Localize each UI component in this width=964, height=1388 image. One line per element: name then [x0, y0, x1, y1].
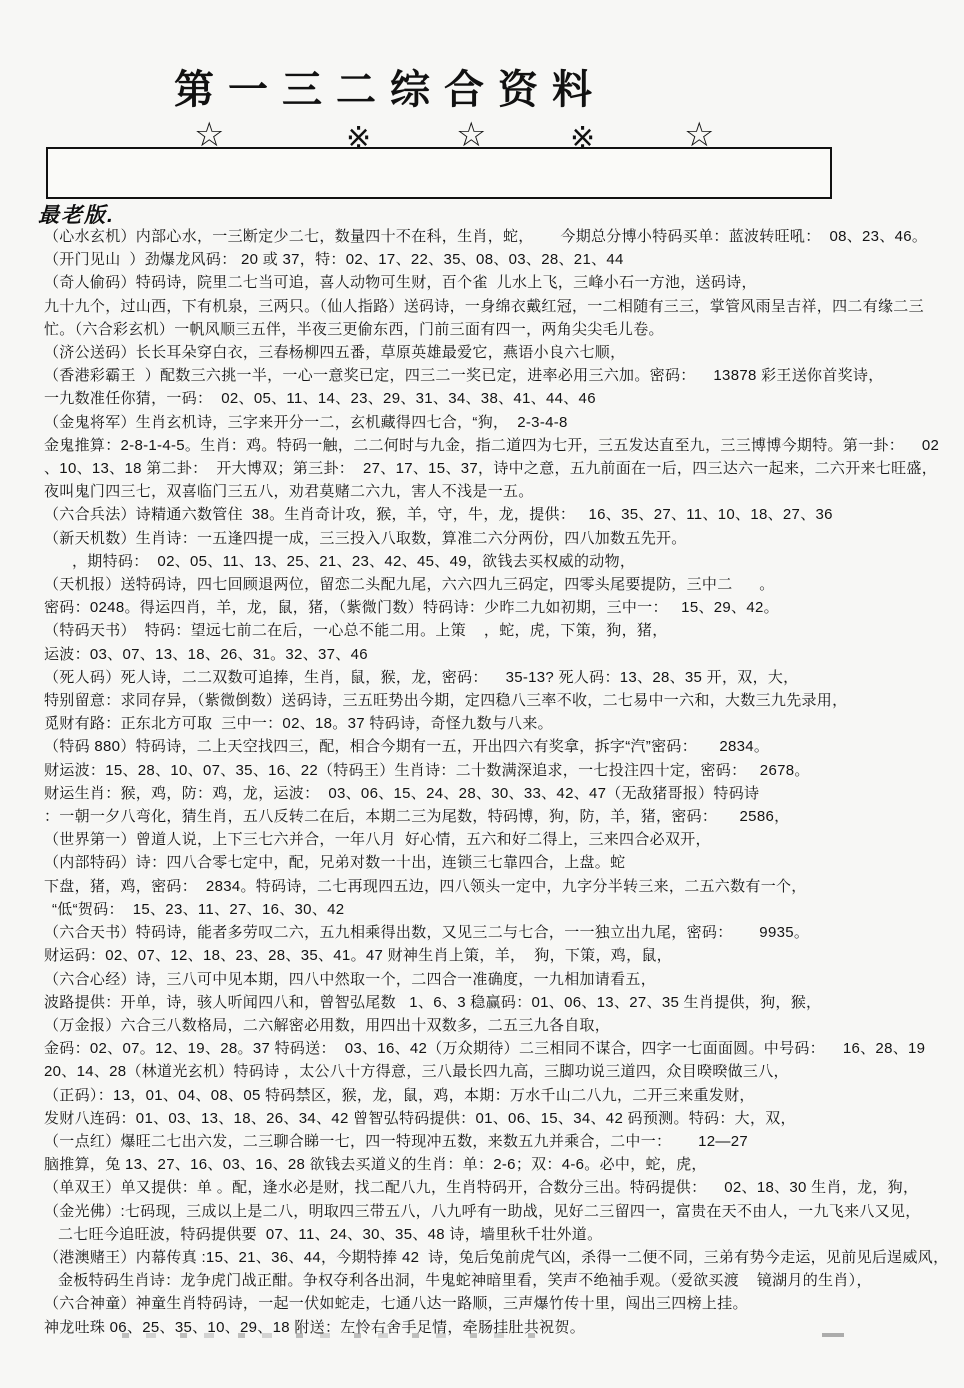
document-page: 第一三二综合资料 ☆ ※ ☆ ※ ☆ 最老版. （心水玄机）内部心水，一三断定少… [0, 0, 964, 1388]
text-line: 忙。（六合彩玄机）一帆风顺三五伴，半夜三更偷东西，门前三面有四一，两角尖尖毛儿卷… [44, 318, 956, 341]
text-line: 20、14、28（林道光玄机）特码诗 ，太公八十方得意，三八最长四九高，三脚功说… [44, 1060, 956, 1083]
text-line: 一九数准任你猜，一码： 02、05、11、14、23、29、31、34、38、4… [44, 387, 956, 410]
text-line: 运波：03、07、13、18、26、31。32、37、46 [44, 643, 956, 666]
text-line: （奇人偷码）特码诗，院里二七当可追，喜人动物可生财，百个雀 儿水上飞，三峰小石一… [44, 271, 956, 294]
text-line: 发财八连码：01、03、13、18、26、34、42 曾智弘特码提供：01、06… [44, 1107, 956, 1130]
text-line: （六合兵法）诗精通六数管住 38。生肖奇计攻，猴，羊，守，牛，龙，提供： 16、… [44, 503, 956, 526]
text-line: 九十九个，过山西，下有机泉，三两只。（仙人指路）送码诗，一身绵衣戴红冠，一二相随… [44, 295, 956, 318]
text-line: 金码：02、07。12、19、28。37 特码送： 03、16、42（万众期待）… [44, 1037, 956, 1060]
text-line: 脑推算，兔 13、27、16、03、16、28 欲钱去买道义的生肖：单：2-6；… [44, 1153, 956, 1176]
text-line: 下盘，猪，鸡，密码： 2834。特码诗，二七再现四五边，四八领头一定中，九字分半… [44, 875, 956, 898]
text-line: （死人码）死人诗，二二双数可追捧，生肖，鼠，猴，龙，密码： 35-13? 死人码… [44, 666, 956, 689]
text-line: 财运生肖：猴，鸡，防：鸡，龙，运波： 03、06、15、24、28、30、33、… [44, 782, 956, 805]
text-line: （六合神童）神童生肖特码诗，一起一伏如蛇走，七通八达一路顺，三声爆竹传十里，闯出… [44, 1292, 956, 1315]
text-line: （世界第一）曾道人说，上下三七六并合，一年八月 好心情，五六和好二得上，三来四合… [44, 828, 956, 851]
text-line: （天机报）送特码诗，四七回顾退两位，留恋二头配九尾，六六四九三码定，四零头尾要提… [44, 573, 956, 596]
text-line: 觅财有路：正东北方可取 三中一：02、18。37 特码诗，奇怪九数与八来。 [44, 712, 956, 735]
text-line: 特别留意：求同存异，（紫微倒数）送码诗，三五旺势出今期，定四稳八三率不收，二七易… [44, 689, 956, 712]
text-line: ，期特码： 02、05、11、13、25、21、23、42、45、49，欲钱去买… [44, 550, 956, 573]
body-text: （心水玄机）内部心水，一三断定少二七，数量四十不在科，生肖，蛇， 今期总分博小特… [44, 225, 956, 1339]
text-line: 金鬼推算：2-8-1-4-5。生肖：鸡。特码一触，二二何时与九金，指二道四为七开… [44, 434, 956, 457]
text-line: （新天机数）生肖诗：一五逢四提一成，三三投入八取数，算准二六分两份，四八加数五先… [44, 527, 956, 550]
text-line: （济公送码）长长耳朵穿白衣，三春杨柳四五番，草原英雄最爱它，燕语小良六七顺， [44, 341, 956, 364]
text-line: 金板特码生肖诗：龙争虎门战正酣。争权夺利各出洞，牛鬼蛇神暗里看，笑声不绝袖手观。… [44, 1269, 956, 1292]
text-line: ：一朝一夕八弯化，猜生肖，五八反转二在后，本期二三为尾数，特码博，狗，防，羊，猪… [44, 805, 956, 828]
text-line: （六合天书）特码诗，能者多劳叹二六，五九相乘得出数，又见三二与七合，一一独立出九… [44, 921, 956, 944]
text-line: （港澳赌王）内幕传真 :15、21、36、44，今期特捧 42 诗，兔后兔前虎气… [44, 1246, 956, 1269]
text-line: 波路提供：开单，诗，骇人听闻四八和，曾智弘尾数 1、6、3 稳赢码：01、06、… [44, 991, 956, 1014]
text-line: （万金报）六合三八数格局，二六解密必用数，用四出十双数多，二五三九各自取， [44, 1014, 956, 1037]
text-line: （香港彩霸王 ）配数三六挑一半，一心一意奖已定，四三二一奖已定，进率必用三六加。… [44, 364, 956, 387]
faded-cutoff-line [122, 1333, 552, 1338]
text-line: “低“贺码： 15、23、11、27、16、30、42 [44, 898, 956, 921]
text-line: （六合心经）诗，三八可中见本期，四八中然取一个，二四合一准确度，一九相加请看五， [44, 968, 956, 991]
header-box [46, 147, 832, 199]
text-line: 财运波：15、28、10、07、35、16、22（特码王）生肖诗：二十数满深追求… [44, 759, 956, 782]
faded-cutoff-speck [822, 1333, 844, 1337]
text-line: （开门见山 ）劲爆龙风码： 20 或 37，特：02、17、22、35、08、0… [44, 248, 956, 271]
text-line: （金鬼将军）生肖玄机诗，三字来开分一二，玄机藏得四七合，“狗， 2-3-4-8 [44, 411, 956, 434]
text-line: 、10、13、18 第二卦： 开大博双；第三卦： 27、17、15、37，诗中之… [44, 457, 956, 480]
text-line: （正码）：13，01、04、08、05 特码禁区，猴，龙，鼠，鸡，本期：万水千山… [44, 1084, 956, 1107]
text-line: （一点红）爆旺二七出六发，二三聊合睇一七，四一特现冲五数，来数五九并乘合，二中一… [44, 1130, 956, 1153]
text-line: 夜叫鬼门四三七，双喜临门三五八，劝君莫赌二六九，害人不浅是一五。 [44, 480, 956, 503]
text-line: （特码天书） 特码：望远七前二在后，一心总不能二用。上策 ，蛇，虎，下策，狗，猪… [44, 619, 956, 642]
text-line: （心水玄机）内部心水，一三断定少二七，数量四十不在科，生肖，蛇， 今期总分博小特… [44, 225, 956, 248]
text-line: 密码：0248。得运四肖，羊，龙，鼠，猪，（紫微门数）特码诗：少昨二九如初期，三… [44, 596, 956, 619]
text-line: 财运码：02、07、12、18、23、28、35、41。47 财神生肖上策，羊，… [44, 944, 956, 967]
text-line: （单双王）单又提供：单 。配，逢水必是财，找二配八九，生肖特码开，合数分三出。特… [44, 1176, 956, 1199]
page-title: 第一三二综合资料 [0, 58, 780, 115]
text-line: （金光佛）:七码现，三成以上是二八，明取四三带五八，八九呼有一助战，见好二三留四… [44, 1200, 956, 1223]
text-line: （内部特码）诗：四八合零七定中，配，兄弟对数一十出，连锁三七靠四合，上盘。蛇 [44, 851, 956, 874]
text-line: 二七旺今追旺波，特码提供要 07、11、24、30、35、48 诗，墙里秋千壮外… [44, 1223, 956, 1246]
text-line: （特码 880）特码诗，二上天空找四三，配，相合今期有一五，开出四六有奖拿，拆字… [44, 735, 956, 758]
